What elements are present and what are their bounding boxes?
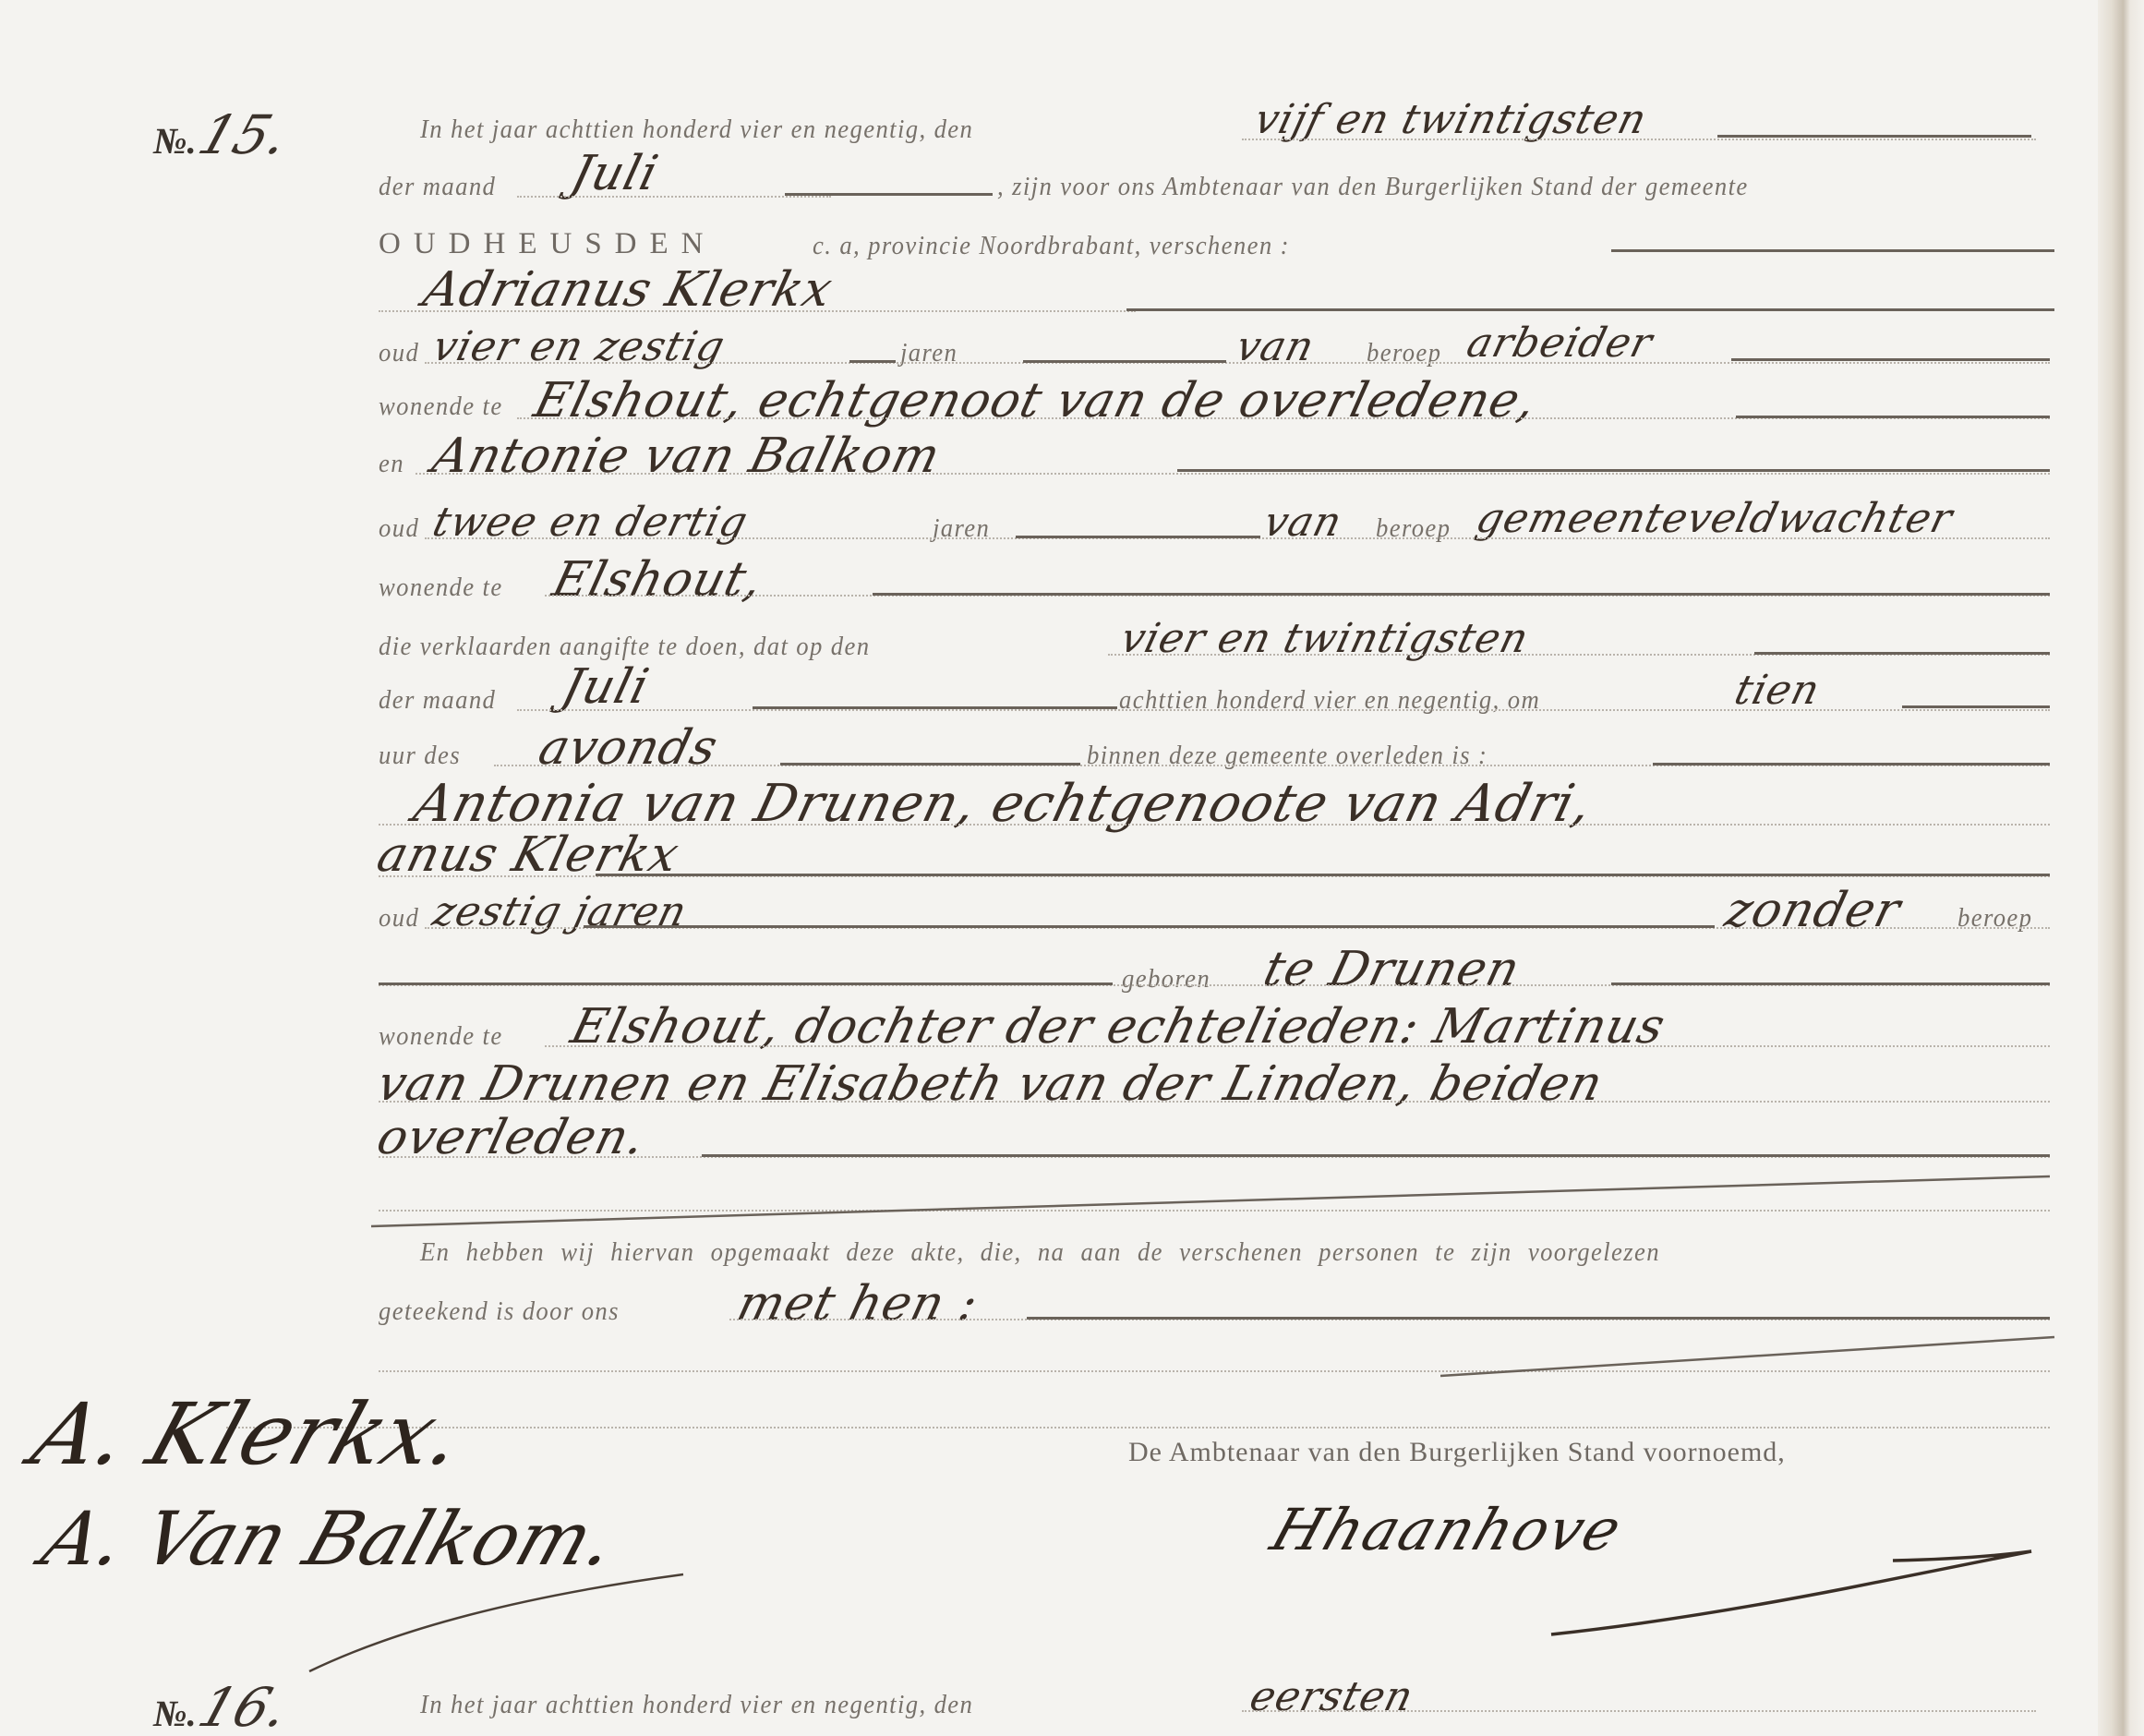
handwritten-occupation: zonder bbox=[1720, 883, 1907, 938]
fill-rule bbox=[1126, 308, 2054, 311]
dotted-line bbox=[1242, 139, 2036, 140]
printed-text: wonende te bbox=[379, 392, 503, 422]
fill-rule bbox=[584, 925, 1715, 928]
printed-text: En hebben wij hiervan opgemaakt deze akt… bbox=[420, 1237, 1660, 1268]
printed-text: der maand bbox=[379, 172, 496, 202]
handwritten-signed-with: met hen : bbox=[732, 1276, 984, 1332]
record-number-value: 15. bbox=[191, 103, 296, 166]
number-prefix: №. bbox=[153, 1693, 197, 1734]
handwritten-birthplace: te Drunen bbox=[1259, 942, 1526, 997]
official-label: De Ambtenaar van den Burgerlijken Stand … bbox=[1128, 1437, 1786, 1468]
dotted-line bbox=[379, 310, 1136, 312]
fill-rule bbox=[1611, 249, 2054, 252]
fill-rule bbox=[596, 874, 2050, 876]
handwritten-declarant-1: Adrianus Klerkx bbox=[418, 262, 838, 318]
printed-text: achttien honderd vier en negentig, om bbox=[1119, 685, 1540, 716]
fill-rule bbox=[1754, 652, 2050, 655]
dotted-line bbox=[226, 1427, 2050, 1429]
handwritten-parents: van Drunen en Elisabeth van der Linden, … bbox=[372, 1056, 1609, 1112]
dotted-line bbox=[425, 362, 2050, 364]
dotted-line bbox=[545, 1045, 2050, 1047]
printed-text: In het jaar achttien honderd vier en neg… bbox=[420, 115, 973, 145]
printed-text: beroep bbox=[1376, 513, 1451, 544]
handwritten-hour: tien bbox=[1730, 667, 1825, 714]
printed-text: jaren bbox=[933, 513, 990, 544]
strike-line bbox=[369, 1169, 2059, 1234]
record-number-value: 16. bbox=[191, 1676, 296, 1736]
fill-rule bbox=[1016, 536, 1260, 538]
fill-rule bbox=[780, 763, 1080, 766]
fill-rule bbox=[1736, 416, 2050, 418]
handwritten-day: eersten bbox=[1246, 1673, 1418, 1720]
printed-text: oud bbox=[379, 338, 419, 368]
separator-stroke bbox=[305, 1570, 693, 1681]
fill-rule bbox=[873, 593, 2050, 596]
fill-rule bbox=[1027, 1317, 2050, 1320]
fill-rule bbox=[1611, 983, 2050, 985]
printed-text: , zijn voor ons Ambtenaar van den Burger… bbox=[997, 172, 1749, 202]
printed-text: In het jaar achttien honderd vier en neg… bbox=[420, 1690, 973, 1720]
fill-rule bbox=[1023, 360, 1226, 363]
handwritten-occupation: gemeenteveldwachter bbox=[1472, 495, 1958, 542]
number-prefix: №. bbox=[153, 120, 197, 162]
printed-text: wonende te bbox=[379, 573, 503, 603]
printed-text: der maand bbox=[379, 685, 496, 716]
handwritten-day: vijf en twintigsten bbox=[1250, 96, 1652, 143]
municipality-name: OUDHEUSDEN bbox=[379, 227, 717, 261]
fill-rule bbox=[753, 706, 1117, 709]
printed-text: oud bbox=[379, 903, 419, 934]
printed-text: jaren bbox=[900, 338, 958, 368]
handwritten-residence: Elshout, bbox=[548, 552, 769, 608]
printed-text: c. a, provincie Noordbrabant, verschenen… bbox=[813, 231, 1290, 261]
record-number-15: №. 15. bbox=[153, 103, 286, 166]
printed-text: beroep bbox=[1367, 338, 1441, 368]
handwritten-month: Juli bbox=[566, 146, 665, 201]
dotted-line bbox=[379, 824, 2050, 826]
fill-rule bbox=[1653, 763, 2050, 766]
fill-rule bbox=[785, 193, 993, 196]
handwritten-time-of-day: avonds bbox=[534, 720, 724, 776]
signature-flourish bbox=[1330, 1533, 2050, 1644]
printed-text: en bbox=[379, 449, 404, 479]
fill-rule bbox=[1177, 469, 2050, 472]
dotted-line bbox=[416, 473, 2050, 475]
printed-text: wonende te bbox=[379, 1021, 503, 1052]
page-edge-shadow bbox=[2098, 0, 2144, 1736]
handwritten-occupation: arbeider bbox=[1463, 319, 1657, 367]
witness-signature-1: A. Klerkx. bbox=[37, 1385, 460, 1484]
printed-text: geboren bbox=[1122, 964, 1211, 995]
handwritten-declarant-2: Antonie van Balkom bbox=[428, 428, 946, 484]
fill-rule bbox=[849, 360, 896, 363]
printed-text: oud bbox=[379, 513, 419, 544]
printed-text: die verklaarden aangifte te doen, dat op… bbox=[379, 632, 870, 662]
strike-line bbox=[1440, 1330, 2059, 1385]
fill-rule bbox=[702, 1154, 2050, 1157]
handwritten-month: Juli bbox=[557, 659, 656, 715]
printed-text: geteekend is door ons bbox=[379, 1296, 620, 1327]
dotted-line bbox=[517, 709, 2050, 711]
dotted-line bbox=[517, 196, 831, 198]
fill-rule bbox=[1717, 135, 2031, 138]
printed-text: beroep bbox=[1957, 903, 2032, 934]
printed-text: binnen deze gemeente overleden is : bbox=[1087, 741, 1488, 771]
printed-text: uur des bbox=[379, 741, 461, 771]
fill-rule bbox=[1731, 358, 2050, 361]
fill-rule bbox=[379, 983, 1113, 985]
dotted-line bbox=[1242, 1710, 2036, 1712]
record-number-16: №. 16. bbox=[153, 1676, 286, 1736]
fill-rule bbox=[1902, 705, 2050, 708]
dotted-line bbox=[379, 1101, 2050, 1103]
handwritten-residence: Elshout, echtgenoot van de overledene, bbox=[529, 373, 1543, 428]
signature-text: A. Klerkx. bbox=[21, 1385, 476, 1484]
